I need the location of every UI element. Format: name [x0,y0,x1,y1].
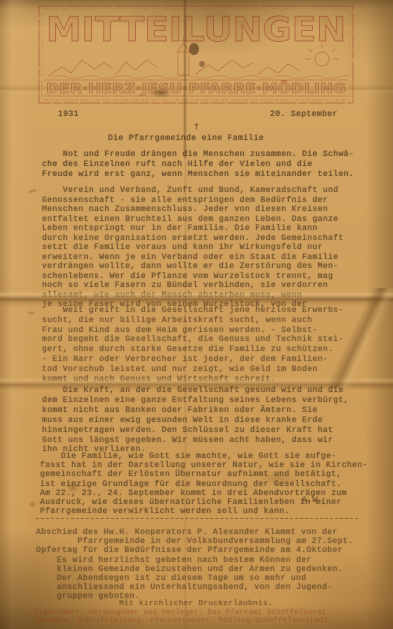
pencil-margin-mark [29,189,36,193]
masthead-subtitle: DER·HERZ·JESU·PFARRE·MÖDLING [46,81,346,97]
typed-divider-rule [36,518,358,519]
paragraph-3: Weit greift in die Gesellschaft jene her… [42,306,372,384]
pencil-margin-mark [28,311,34,314]
imprint-editor-line: Verantw. Schriftleitung: Pfarrverweser, … [36,616,386,626]
masthead-artwork: MITTEILUNGEN DER·HERZ·JESU·PFARRE·MÖDLIN… [36,4,356,108]
paragraph-2: Verein und Verband, Zunft und Bund, Kame… [42,186,372,310]
article-title: Die Pfarrgemeinde eine Familie [108,134,264,144]
title-cross-mark: † [194,123,199,133]
paragraph-5: Die Familie, wie Gott sie machte, wie Go… [40,452,370,516]
ink-blot [189,43,199,55]
pencil-margin-mark [30,502,35,507]
dateline-date: 20. September [270,110,338,120]
document-page: MITTEILUNGEN DER·HERZ·JESU·PFARRE·MÖDLIN… [0,0,393,629]
dateline-year: 1931 [58,110,79,120]
paragraph-1: Not und Freude drängen die Menschen zusa… [42,150,372,180]
author-initials: A.W. [302,496,323,506]
paragraph-4: Die Kraft, an der die Gesellschaft gesun… [42,386,372,455]
announcements-block: Abschied des Hw.H. Kooperators P. Alexan… [36,528,376,602]
